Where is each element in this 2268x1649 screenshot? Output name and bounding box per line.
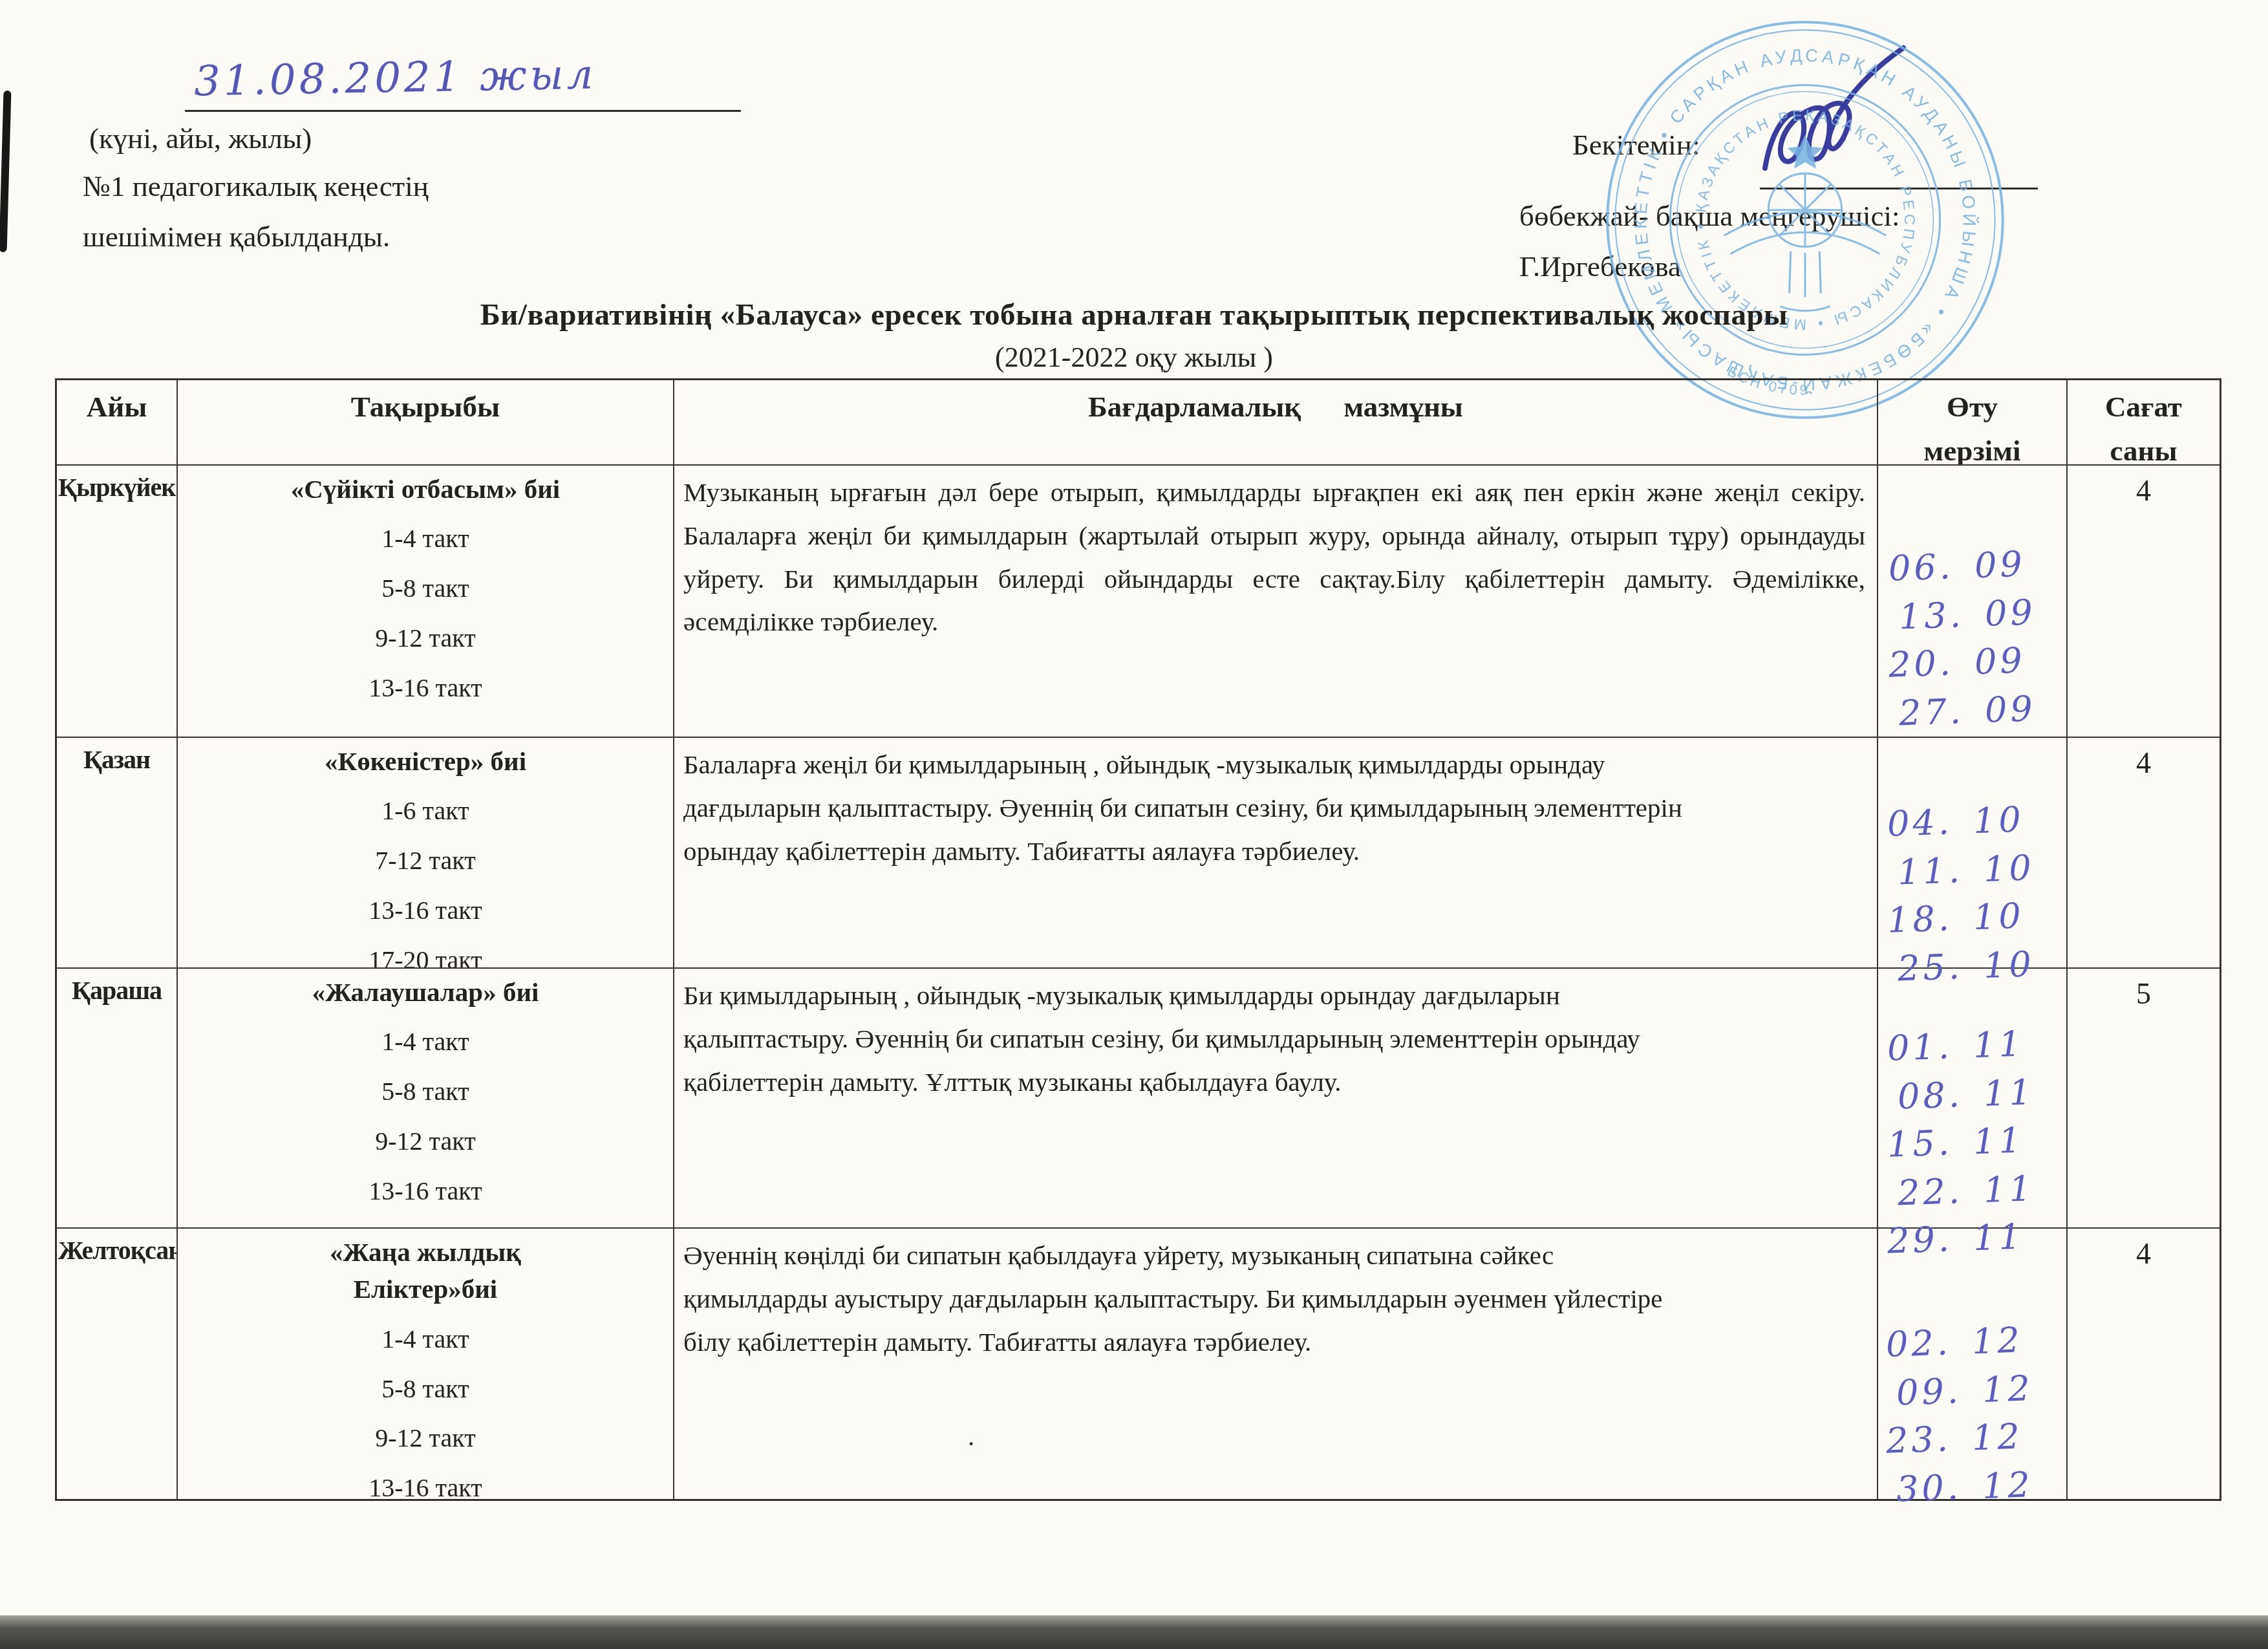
- approve-label: Бекітемін:: [1572, 128, 1700, 162]
- month-cell: Қазан: [57, 738, 178, 969]
- takt-line: 5-8 такт: [178, 1364, 673, 1414]
- scan-bottom-shadow: [0, 1615, 2268, 1649]
- handwritten-date: 06. 09: [1888, 539, 2067, 593]
- handwritten-date: 30. 12: [1896, 1460, 2067, 1514]
- handwritten-date: 04. 10: [1887, 794, 2067, 848]
- program-content-cell: Балаларға жеңіл би қимылдарының , ойынды…: [674, 738, 1878, 969]
- takt-line: 1-4 такт: [178, 1315, 673, 1364]
- handwritten-date: 01. 11: [1887, 1018, 2067, 1073]
- takt-line: 1-4 такт: [178, 514, 673, 564]
- topic-cell: «Жалаушалар» биі 1-4 такт 5-8 такт 9-12 …: [178, 969, 674, 1229]
- handwritten-date: 18. 10: [1887, 890, 2067, 945]
- takt-line: 1-16 такт: [178, 1216, 673, 1229]
- topic-title: «Сүйікті отбасым» биі: [286, 471, 564, 508]
- takt-line: 17-20 такт: [178, 936, 673, 969]
- takt-line: 5-8 такт: [178, 1067, 673, 1117]
- director-position-line: бөбекжай- бақша меңгерушісі:: [1519, 199, 1899, 233]
- handwritten-date: 09. 12: [1896, 1363, 2067, 1417]
- handwritten-date: 22. 11: [1897, 1163, 2067, 1218]
- perspective-plan-table: Айы Тақырыбы Бағдарламалық мазмұны Өту м…: [55, 378, 2221, 1501]
- header-hours: Сағат саны: [2068, 380, 2220, 466]
- stray-dot-mark: .: [968, 1415, 1865, 1458]
- takt-line: 1-4 такт: [178, 1017, 673, 1067]
- takt-line: 13-16 такт: [178, 1463, 673, 1499]
- month-cell: Желтоқсан: [57, 1229, 178, 1499]
- takt-line: 9-12 такт: [178, 1117, 673, 1167]
- takt-line: 9-12 такт: [178, 1414, 673, 1463]
- handwritten-approval-date: 31.08.2021 жыл: [193, 51, 597, 106]
- hours-cell: 4: [2068, 738, 2220, 969]
- hours-cell: 5: [2068, 969, 2220, 1229]
- handwritten-date: 02. 12: [1885, 1315, 2067, 1369]
- dates-cell: 02. 12 09. 12 23. 12 30. 12: [1878, 1229, 2068, 1499]
- month-cell: Қыркүйек: [57, 466, 178, 738]
- takt-line: 13-16 такт: [178, 886, 673, 936]
- decision-line: шешімімен қабылданды.: [83, 220, 390, 253]
- date-underline: [185, 110, 741, 112]
- header-month: Айы: [57, 380, 178, 466]
- handwritten-date: 29. 11: [1887, 1211, 2067, 1266]
- program-content-cell: Әуеннің көңілді би сипатын қабылдауға уй…: [674, 1229, 1878, 1499]
- header-dates: Өту мерзімі: [1878, 380, 2068, 466]
- takt-line: 13-16 такт: [178, 1167, 673, 1216]
- document-subtitle: (2021-2022 оқу жылы ): [0, 341, 2268, 374]
- handwritten-date: 13. 09: [1898, 587, 2067, 641]
- signature-underline: [1760, 188, 2038, 189]
- dates-cell: 06. 09 13. 09 20. 09 27. 09: [1878, 466, 2068, 738]
- header-topic: Тақырыбы: [178, 380, 674, 466]
- date-caption: (күні, айы, жылы): [89, 122, 312, 155]
- header-content: Бағдарламалық мазмұны: [674, 380, 1878, 466]
- topic-title: «Көкеністер» биі: [286, 743, 564, 780]
- scanned-document-page: { "approval_left": { "handwritten_date":…: [0, 0, 2268, 1649]
- takt-line: 5-8 такт: [178, 564, 673, 614]
- handwritten-date: 15. 11: [1887, 1115, 2067, 1169]
- dates-cell: 04. 10 11. 10 18. 10 25. 10: [1878, 738, 2068, 969]
- handwritten-date: 08. 11: [1897, 1067, 2067, 1121]
- topic-cell: «Көкеністер» биі 1-6 такт 7-12 такт 13-1…: [178, 738, 674, 969]
- program-content-cell: Би қимылдарының , ойындық -музыкалық қим…: [674, 969, 1878, 1229]
- takt-line: 9-12 такт: [178, 614, 673, 663]
- topic-cell: «Жаңа жылдық Еліктер»биі 1-4 такт 5-8 та…: [178, 1229, 674, 1499]
- hours-cell: 4: [2068, 466, 2220, 738]
- takt-line: 7-12 такт: [178, 836, 673, 886]
- takt-line: 1-6 такт: [178, 786, 673, 836]
- program-content-cell: Музыканың ырғағын дәл бере отырып, қимыл…: [674, 466, 1878, 738]
- handwritten-date: 20. 09: [1888, 635, 2067, 689]
- takt-line: 13-16 такт: [178, 663, 673, 713]
- hours-cell: 4: [2068, 1229, 2220, 1499]
- handwritten-date: 11. 10: [1897, 843, 2067, 897]
- director-name: Г.Иргебекова: [1519, 250, 1681, 283]
- scan-edge-artifact: [0, 91, 11, 252]
- signature-ink: [1746, 39, 2004, 194]
- topic-title: «Жаңа жылдық Еліктер»биі: [286, 1234, 564, 1308]
- handwritten-date: 23. 12: [1885, 1411, 2067, 1465]
- document-title: Би/вариативінің «Балауса» ересек тобына …: [0, 297, 2268, 332]
- handwritten-date: 25. 10: [1897, 939, 2067, 993]
- council-line: №1 педагогикалық кеңестің: [83, 169, 429, 203]
- topic-cell: «Сүйікті отбасым» биі 1-4 такт 5-8 такт …: [178, 466, 674, 738]
- dates-cell: 01. 11 08. 11 15. 11 22. 11 29. 11: [1878, 969, 2068, 1229]
- topic-title: «Жалаушалар» биі: [286, 974, 564, 1011]
- handwritten-date: 27. 09: [1898, 684, 2067, 738]
- month-cell: Қараша: [57, 969, 178, 1229]
